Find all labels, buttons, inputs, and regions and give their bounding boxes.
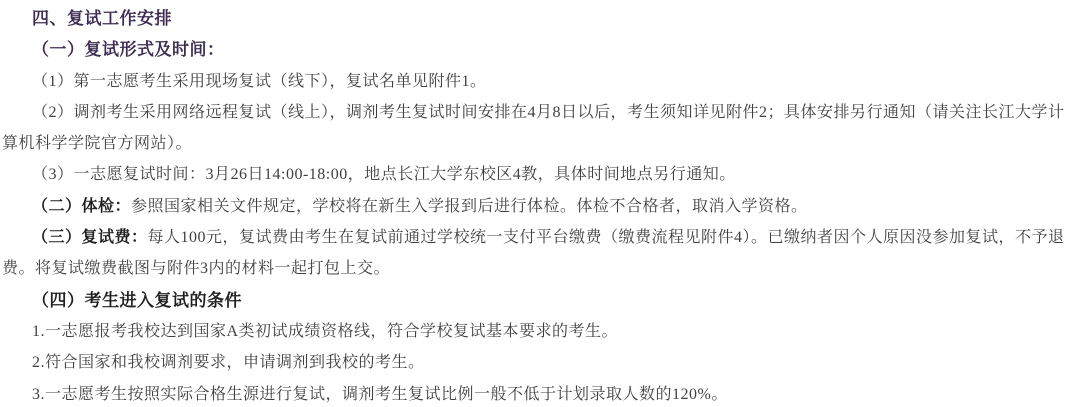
subsection-4-item-2: 2.符合国家和我校调剂要求，申请调剂到我校的考生。 — [2, 347, 1070, 378]
subsection-4-item-3: 3.一志愿考生按照实际合格生源进行复试，调剂考生复试比例一般不低于计划录取人数的… — [2, 379, 1070, 407]
subsection-1-item-3: （3）一志愿复试时间：3月26日14:00-18:00，地点长江大学东校区4教，… — [2, 159, 1070, 190]
subsection-4-item-1: 1.一志愿报考我校达到国家A类初试成绩资格线，符合学校复试基本要求的考生。 — [2, 316, 1070, 347]
subsection-2-paragraph: （二）体检：参照国家相关文件规定，学校将在新生入学报到后进行体检。体检不合格者，… — [2, 191, 1070, 222]
subsection-2-body: 参照国家相关文件规定，学校将在新生入学报到后进行体检。体检不合格者，取消入学资格… — [131, 198, 808, 215]
subsection-4-heading: （四）考生进入复试的条件 — [2, 285, 1070, 316]
subsection-1-heading: （一）复试形式及时间： — [2, 34, 1070, 65]
subsection-2-label: （二）体检： — [32, 198, 131, 215]
subsection-3-label: （三）复试费： — [32, 229, 148, 246]
section-title: 四、复试工作安排 — [2, 3, 1070, 34]
subsection-3-paragraph: （三）复试费：每人100元，复试费由考生在复试前通过学校统一支付平台缴费（缴费流… — [2, 222, 1070, 285]
subsection-3-body: 每人100元，复试费由考生在复试前通过学校统一支付平台缴费（缴费流程见附件4）。… — [2, 229, 1065, 277]
document-body: 四、复试工作安排 （一）复试形式及时间： （1）第一志愿考生采用现场复试（线下）… — [0, 0, 1080, 407]
subsection-1-item-2: （2）调剂考生采用网络远程复试（线上），调剂考生复试时间安排在4月8日以后，考生… — [2, 97, 1070, 160]
subsection-1-item-1: （1）第一志愿考生采用现场复试（线下），复试名单见附件1。 — [2, 66, 1070, 97]
